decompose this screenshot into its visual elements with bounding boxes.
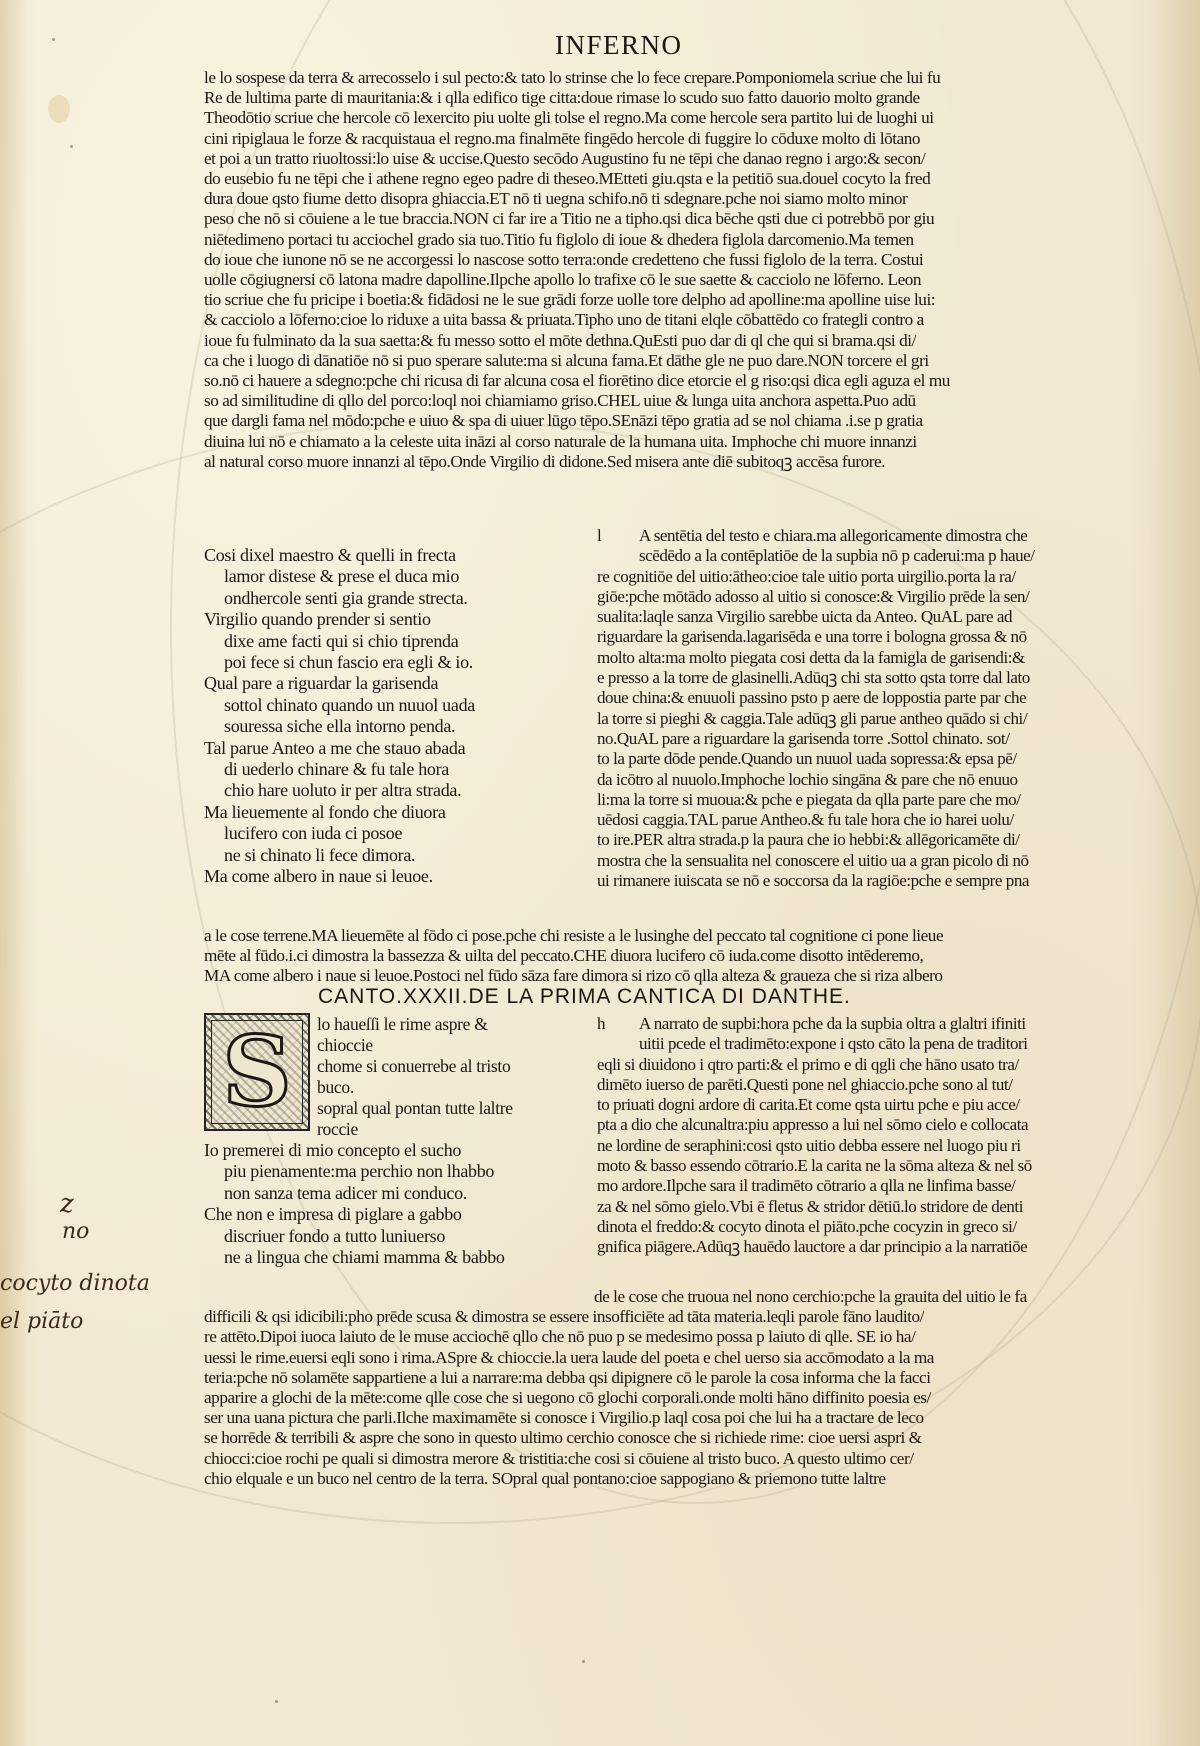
verse-line: buco. xyxy=(317,1077,513,1098)
text-line: doue china:& enuuoli passino psto p aere… xyxy=(597,688,1035,708)
verse-line: Qual pare a riguardar la garisenda xyxy=(204,673,475,694)
text-line: peso che nō si cōuiene a le tue braccia.… xyxy=(204,209,1164,229)
text-line: molto alta:ma molto piegata cosi detta d… xyxy=(597,648,1035,668)
marginal-note: el piāto xyxy=(0,1303,150,1341)
canto-heading: CANTO.XXXII.DE LA PRIMA CANTICA DI DANTH… xyxy=(318,985,851,1009)
text-line: difficili & qsi idicibili:pho prēde scus… xyxy=(204,1307,1027,1327)
text-line: pta a dio che alcunaltra:piu appresso a … xyxy=(597,1115,1032,1135)
text-line: sualita:laqle sanza Virgilio sarebbe uic… xyxy=(597,607,1035,627)
verse-line: sottol chinato quando un nuuol uada xyxy=(204,695,475,716)
verse-line: souressa siche ella intorno penda. xyxy=(204,716,475,737)
verse-line: Ma lieuemente al fondo che diuora xyxy=(204,802,475,823)
verse-line: Virgilio quando prender si sentio xyxy=(204,609,475,630)
commentary-right-1: l A sentētia del testo e chiara.ma alleg… xyxy=(597,526,1035,891)
verse-line: chome si conuerrebe al tristo xyxy=(317,1056,513,1077)
verse-line: Cosi dixel maestro & quelli in frecta xyxy=(204,545,475,566)
text-line: so ad similitudine di qllo del porco:loq… xyxy=(204,391,1164,411)
guide-letter: h xyxy=(597,1014,605,1034)
text-line: re cognitiōe del uitio:ātheo:cioe tale u… xyxy=(597,567,1035,587)
text-line: li:ma la torre si muoua:& pche e piegata… xyxy=(597,790,1035,810)
text-line: ser una uana pictura che parli.Ilche max… xyxy=(204,1408,1027,1428)
text-line: uitii pcede el tradimēto:expone i qsto c… xyxy=(597,1034,1032,1054)
text-line: MA come albero i naue si leuoe.Postoci n… xyxy=(204,966,943,986)
text-line: riguardare la garisenda.lagarisēda e una… xyxy=(597,627,1035,647)
verse-line: Io premerei di mio concepto el sucho xyxy=(204,1140,505,1161)
text-line: A narrato de supbi:hora pche da la supbi… xyxy=(597,1014,1032,1034)
marginal-note: no xyxy=(0,1213,150,1251)
verse-line: dixe ame facti qui si chio tiprenda xyxy=(204,631,475,652)
verse-line: lamor distese & prese el duca mio xyxy=(204,566,475,587)
verse-line: Che non e impresa di piglare a gabbo xyxy=(204,1204,505,1225)
text-line: mostra che la sensualita nel conoscere e… xyxy=(597,851,1035,871)
paper-speck xyxy=(52,38,55,41)
text-line: chiocci:cioe rochi pe quali si dimostra … xyxy=(204,1449,1027,1469)
text-line: do ioue che iunone nō se ne accorgessi l… xyxy=(204,250,1164,270)
text-line: dinota el freddo:& cocyto dinota el piāt… xyxy=(597,1217,1032,1237)
book-page: INFERNO le lo sospese da terra & arrecos… xyxy=(0,0,1200,1746)
text-line: gnifica piāgere.Adūqꝫ hauēdo lauctore a … xyxy=(597,1237,1032,1257)
verse-line: Ma come albero in naue si leuoe. xyxy=(204,866,475,887)
text-line: a le cose terrene.MA lieuemēte al fōdo c… xyxy=(204,926,943,946)
verse-line: poi fece si chun fascio era egli & io. xyxy=(204,652,475,673)
handwritten-marginalia: z no cocyto dinota el piāto xyxy=(0,1185,150,1341)
commentary-right-2: h A narrato de supbi:hora pche da la sup… xyxy=(597,1014,1032,1258)
text-line: uessi le rime.euersi eqli sono i rima.AS… xyxy=(204,1348,1027,1368)
text-line: de le cose che truoua nel nono cerchio:p… xyxy=(204,1287,1027,1307)
verse-line: di uederlo chinare & fu tale hora xyxy=(204,759,475,780)
verse-line: chio hare uoluto ir per altra strada. xyxy=(204,780,475,801)
text-line: to priuati dogni ardore di carita.Et com… xyxy=(597,1095,1032,1115)
verse-line: piu pienamente:ma perchio non lhabbo xyxy=(204,1161,505,1182)
text-line: da icōtro al nuuolo.Imphoche lochio sing… xyxy=(597,770,1035,790)
text-line: A sentētia del testo e chiara.ma allegor… xyxy=(597,526,1035,546)
marginal-note: cocyto dinota xyxy=(0,1265,150,1303)
text-line: ui rimanere iuiscata se nō e soccorsa da… xyxy=(597,871,1035,891)
text-line: to la parte dōde pende.Quando un nuuol u… xyxy=(597,749,1035,769)
text-line: scēdēdo a la contēplatiōe de la supbia n… xyxy=(597,546,1035,566)
text-line: que dargli fama nel mōdo:pche e uiuo & s… xyxy=(204,411,1164,431)
initial-letter: S xyxy=(222,1024,291,1120)
text-line: teria:pche nō solamēte sappartiene a lui… xyxy=(204,1368,1027,1388)
text-line: tio scriue che fu pricipe i boetia:& fid… xyxy=(204,290,1164,310)
text-line: Re de lultima parte di mauritania:& i ql… xyxy=(204,88,1164,108)
text-line: so.nō ci hauere a sdegno:pche chi ricusa… xyxy=(204,371,1164,391)
decorated-initial: S xyxy=(204,1013,310,1131)
verse-line: chioccie xyxy=(317,1035,513,1056)
text-line: cini ripiglaua le forze & racquistaua el… xyxy=(204,129,1164,149)
verse-line: Tal parue Anteo a me che stauo abada xyxy=(204,738,475,759)
text-line: mo ardore.Ilpche sara il tradimēto cōtra… xyxy=(597,1176,1032,1196)
text-line: no.QuAL pare a riguardare la garisenda t… xyxy=(597,729,1035,749)
verse-line: ne si chinato li fece dimora. xyxy=(204,845,475,866)
text-line: apparire a glochi de la mēte:come qlle c… xyxy=(204,1388,1027,1408)
text-line: ca che i luogo di dānatiōe nō si puo spe… xyxy=(204,351,1164,371)
paper-speck xyxy=(70,145,73,148)
text-line: e presso a la torre de glasinelli.Adūqꝫ … xyxy=(597,668,1035,688)
text-line: giōe:pche mōtādo adosso al uitio si cono… xyxy=(597,587,1035,607)
initial-frame: S xyxy=(211,1020,303,1124)
verse-line: ne a lingua che chiami mamma & babbo xyxy=(204,1247,505,1268)
text-line: diuina lui nō e chiamato a la celeste ui… xyxy=(204,432,1164,452)
text-line: za & nel sōmo gielo.Vbi ē fletus & strid… xyxy=(597,1197,1032,1217)
verse-line: discriuer fondo a tutto luniuerso xyxy=(204,1226,505,1247)
paper-stain xyxy=(48,95,70,123)
text-line: dura doue qsto fiume detto disopra ghiac… xyxy=(204,189,1164,209)
text-line: moto & basso essendo cōtrario.E la carit… xyxy=(597,1156,1032,1176)
paper-speck xyxy=(582,1660,585,1663)
text-line: niētedimeno portaci tu acciochel grado s… xyxy=(204,230,1164,250)
guide-letter: l xyxy=(597,526,601,546)
commentary-full-1: a le cose terrene.MA lieuemēte al fōdo c… xyxy=(204,926,943,987)
text-line: ioue fu fulminato da la sua saetta:& fu … xyxy=(204,331,1164,351)
text-line: uolle cōgiugnersi cō latona madre dapoll… xyxy=(204,270,1164,290)
text-line: to ire.PER altra strada.p la paura che i… xyxy=(597,830,1035,850)
text-line: al natural corso muore innanzi al tēpo.O… xyxy=(204,452,1164,472)
commentary-full-2: de le cose che truoua nel nono cerchio:p… xyxy=(204,1287,1027,1489)
verse-line: sopral qual pontan tutte laltre xyxy=(317,1098,513,1119)
verse-line: lucifero con iuda ci posoe xyxy=(204,823,475,844)
verse-line: lo haueſſi le rime aspre & xyxy=(317,1014,513,1035)
text-line: dimēto iuerso de parēti.Questi pone nel … xyxy=(597,1075,1032,1095)
paper-speck xyxy=(275,1700,278,1703)
running-head: INFERNO xyxy=(555,30,683,61)
verse-block-canto-31: Cosi dixel maestro & quelli in frecta la… xyxy=(204,545,475,888)
text-line: uēdosi caggia.TAL parue Antheo.& fu tale… xyxy=(597,810,1035,830)
text-line: la torre si pieghi & caggia.Tale adūqꝫ g… xyxy=(597,709,1035,729)
text-line: & cacciolo a lōferno:cioe lo riduxe a ui… xyxy=(204,310,1164,330)
text-line: se horrēde & terribili & aspre che sono … xyxy=(204,1428,1027,1448)
text-line: le lo sospese da terra & arrecosselo i s… xyxy=(204,68,1164,88)
text-line: mēte al fūdo.i.ci dimostra la bassezza &… xyxy=(204,946,943,966)
text-line: ne lordine de seraphini:cosi qsto uitio … xyxy=(597,1136,1032,1156)
text-line: re attēto.Dipoi iuoca laiuto de le muse … xyxy=(204,1327,1027,1347)
text-line: et poi a un tratto riuoltossi:lo uise & … xyxy=(204,149,1164,169)
text-line: do eusebio fu ne tēpi che i athene regno… xyxy=(204,169,1164,189)
text-line: chio elquale e un buco nel centro de la … xyxy=(204,1469,1027,1489)
verse-block-beside-initial: lo haueſſi le rime aspre & chioccie chom… xyxy=(317,1014,513,1140)
verse-block-canto-32: Io premerei di mio concepto el sucho piu… xyxy=(204,1140,505,1268)
verse-line: non sanza tema adicer mi conduco. xyxy=(204,1183,505,1204)
verse-line: roccie xyxy=(317,1119,513,1140)
verse-line: ondhercole senti gia grande strecta. xyxy=(204,588,475,609)
commentary-top: le lo sospese da terra & arrecosselo i s… xyxy=(204,68,1164,472)
text-line: eqli si diuidono i qtro parti:& el primo… xyxy=(597,1055,1032,1075)
text-line: Theodōtio scriue che hercole cō lexercit… xyxy=(204,108,1164,128)
